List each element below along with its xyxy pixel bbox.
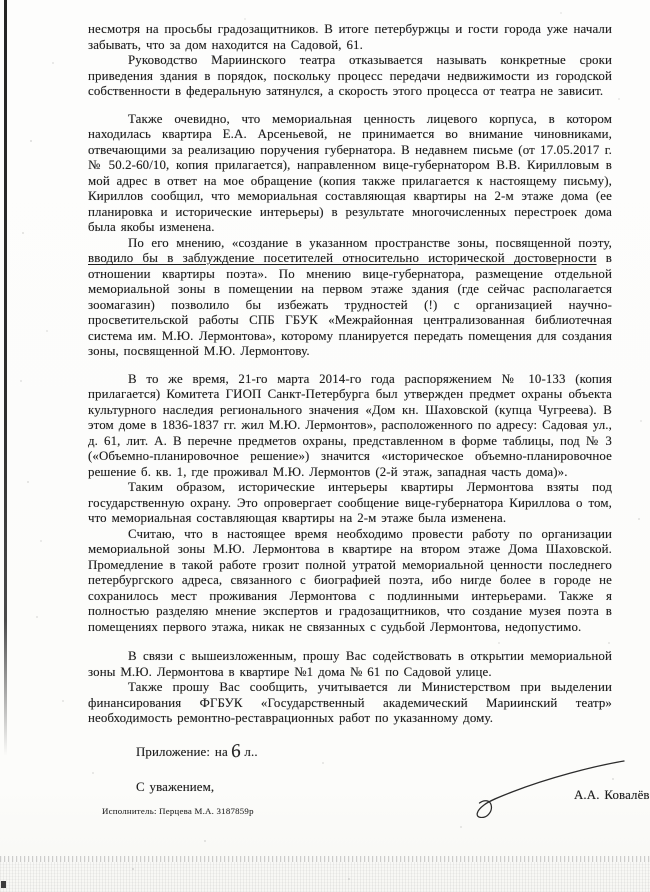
executor-line: Исполнитель: Перцева М.А. 3187859р xyxy=(102,806,254,816)
paragraph-memorial-value: Также очевидно, что мемориальная ценност… xyxy=(88,112,612,236)
opinion-pre-text: По его мнению, «создание в указанном про… xyxy=(128,236,612,250)
letter-body: несмотря на просьбы градозащитников. В и… xyxy=(88,22,612,826)
opinion-post-text: в отношении квартиры поэта». По мнению в… xyxy=(88,251,612,358)
closing-row: С уважением, А.А. Ковалёв xyxy=(136,780,612,826)
signature-mark xyxy=(468,754,632,818)
closing-salutation: С уважением, xyxy=(136,780,214,794)
scan-corner-artifact xyxy=(1,881,6,888)
handwritten-sheet-count: 6 xyxy=(230,743,242,760)
paragraph-vice-governor-opinion: По его мнению, «создание в указанном про… xyxy=(88,236,612,360)
paragraph-theatre-management: Руководство Мариинского театра отказывае… xyxy=(88,53,612,100)
underlined-phrase: вводило бы в заблуждение посетителей отн… xyxy=(88,251,597,265)
scan-speckles xyxy=(0,0,2,2)
scanned-letter-page: несмотря на просьбы градозащитников. В и… xyxy=(0,0,650,892)
paragraph-continued: несмотря на просьбы градозащитников. В и… xyxy=(88,22,612,53)
scan-left-edge-artifact xyxy=(4,0,7,756)
scan-bottom-noise-fine xyxy=(0,862,650,892)
attachment-suffix: л.. xyxy=(244,745,257,759)
paragraph-consider-necessary: Считаю, что в настоящее время необходимо… xyxy=(88,527,612,636)
paragraph-protection-decree: В то же время, 21-го марта 2014-го года … xyxy=(88,372,612,481)
paragraph-request-open-zone: В связи с вышеизложенным, прошу Вас соде… xyxy=(88,649,612,680)
signer-name: А.А. Ковалёв xyxy=(574,788,650,804)
paragraph-request-funding: Также прошу Вас сообщить, учитывается ли… xyxy=(88,680,612,727)
attachment-label: Приложение: на xyxy=(136,745,228,759)
paragraph-thus-conclusion: Таким образом, исторические интерьеры кв… xyxy=(88,480,612,527)
